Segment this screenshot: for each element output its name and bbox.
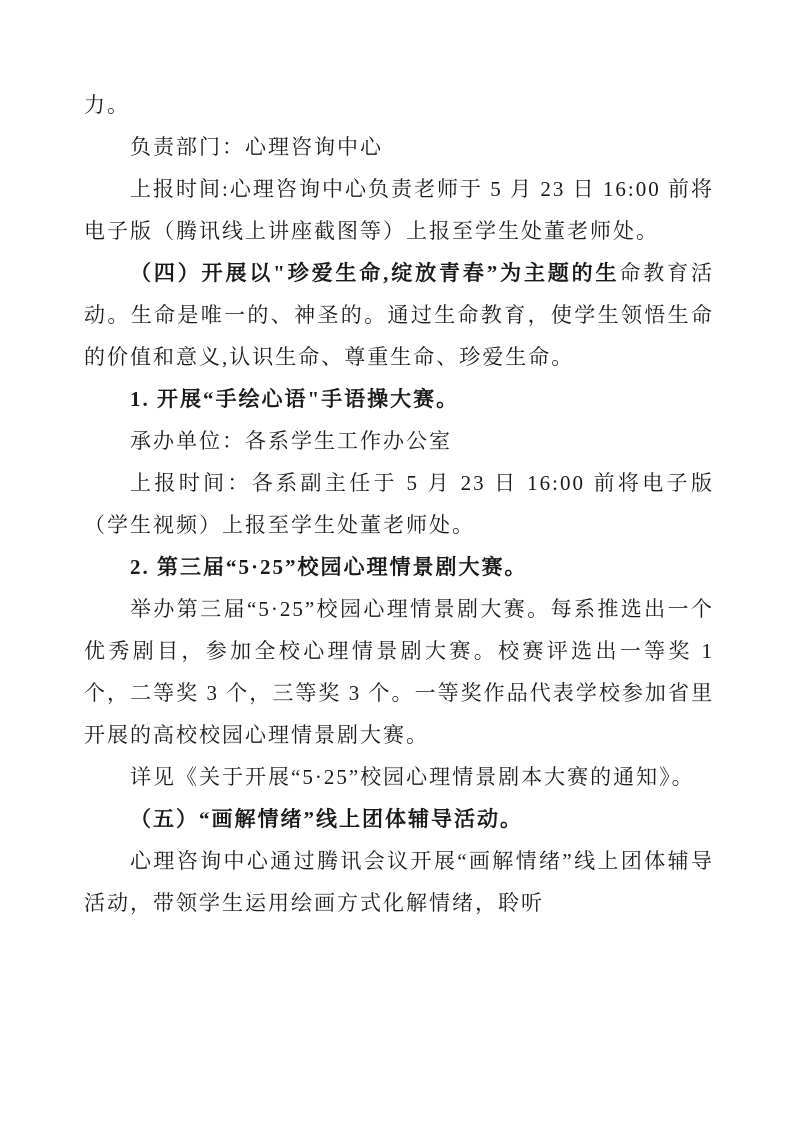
paragraph: 心理咨询中心通过腾讯会议开展“画解情绪”线上团体辅导活动，带领学生运用绘画方式化…	[84, 840, 714, 924]
text-run: 心理咨询中心通过腾讯会议开展“画解情绪”线上团体辅导活动，带领学生运用绘画方式化…	[84, 849, 714, 915]
text-run: 承办单位：各系学生工作办公室	[130, 429, 452, 453]
paragraph: 详见《关于开展“5·25”校园心理情景剧本大赛的通知》。	[84, 756, 714, 798]
paragraph: （五）“画解情绪”线上团体辅导活动。	[84, 798, 714, 840]
paragraph: 1. 开展“手绘心语"手语操大赛。	[84, 378, 714, 420]
text-run: 负责部门：心理咨询中心	[130, 135, 383, 159]
paragraph: 负责部门：心理咨询中心	[84, 126, 714, 168]
heading-run: 1. 开展“手绘心语"手语操大赛。	[130, 387, 459, 411]
text-run: 力。	[84, 93, 130, 117]
paragraph: 2. 第三届“5·25”校园心理情景剧大赛。	[84, 546, 714, 588]
text-run: 上报时间：各系副主任于 5 月 23 日 16:00 前将电子版（学生视频）上报…	[84, 471, 714, 537]
text-run: 举办第三届“5·25”校园心理情景剧大赛。每系推选出一个优秀剧目，参加全校心理情…	[84, 597, 714, 747]
paragraph: 举办第三届“5·25”校园心理情景剧大赛。每系推选出一个优秀剧目，参加全校心理情…	[84, 588, 714, 756]
paragraph: 上报时间:心理咨询中心负责老师于 5 月 23 日 16:00 前将电子版（腾讯…	[84, 168, 714, 252]
paragraph: 承办单位：各系学生工作办公室	[84, 420, 714, 462]
heading-run: 2. 第三届“5·25”校园心理情景剧大赛。	[130, 555, 528, 579]
paragraph: 上报时间：各系副主任于 5 月 23 日 16:00 前将电子版（学生视频）上报…	[84, 462, 714, 546]
document-body: 力。负责部门：心理咨询中心上报时间:心理咨询中心负责老师于 5 月 23 日 1…	[84, 84, 714, 924]
document-page: 力。负责部门：心理咨询中心上报时间:心理咨询中心负责老师于 5 月 23 日 1…	[0, 0, 794, 1123]
heading-run: （五）“画解情绪”线上团体辅导活动。	[130, 807, 523, 831]
paragraph: 力。	[84, 84, 714, 126]
heading-run: （四）开展以"珍爱生命,绽放青春”为主题的生	[130, 261, 619, 285]
text-run: 上报时间:心理咨询中心负责老师于 5 月 23 日 16:00 前将电子版（腾讯…	[84, 177, 714, 243]
text-run: 详见《关于开展“5·25”校园心理情景剧本大赛的通知》。	[130, 765, 695, 789]
paragraph: （四）开展以"珍爱生命,绽放青春”为主题的生命教育活动。生命是唯一的、神圣的。通…	[84, 252, 714, 378]
